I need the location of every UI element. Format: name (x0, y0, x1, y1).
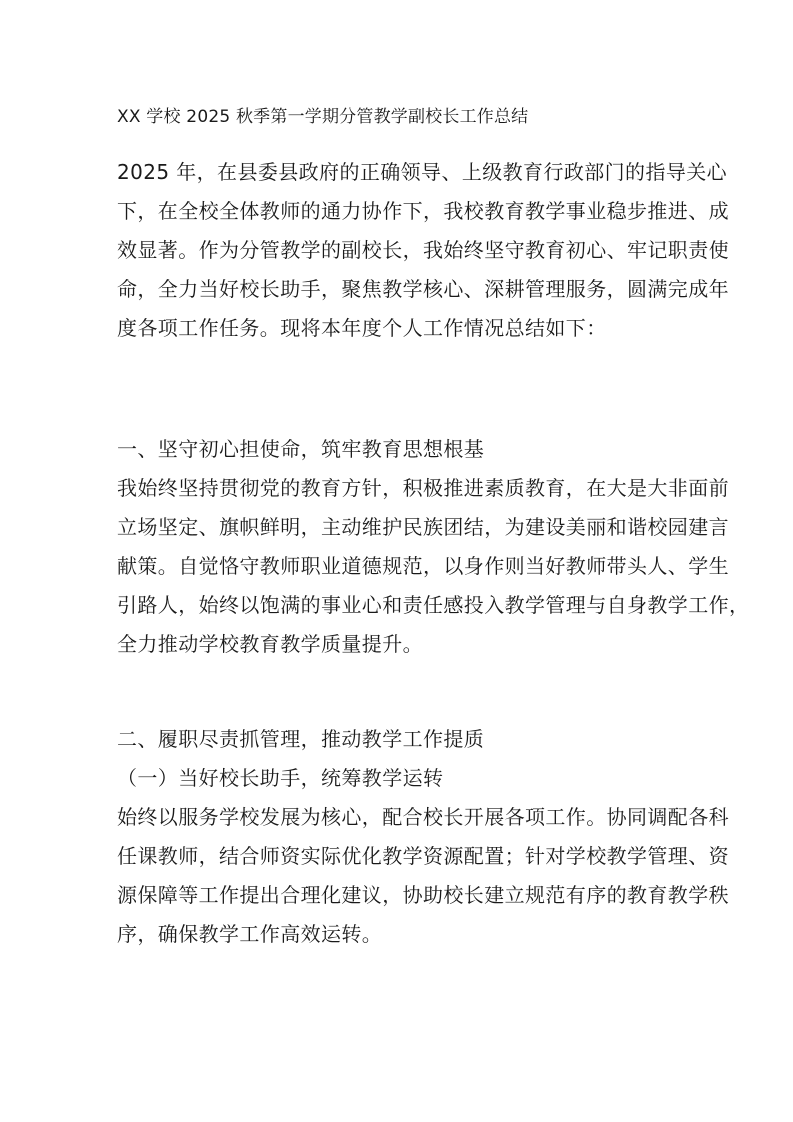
paragraph-line: 下，在全校全体教师的通力协作下，我校教育教学事业稳步推进、成 (117, 199, 729, 223)
section-1-heading: 一、坚守初心担使命，筑牢教育思想根基 (117, 437, 484, 461)
document-page: XX 学校 2025 秋季第一学期分管教学副校长工作总结 2025 年，在县委县… (0, 0, 793, 1122)
paragraph-line: 我始终坚持贯彻党的教育方针，积极推进素质教育，在大是大非面前 (117, 476, 729, 500)
section-2-heading: 二、履职尽责抓管理，推动教学工作提质 (117, 727, 484, 751)
paragraph-line: 立场坚定、旗帜鲜明，主动维护民族团结，为建设美丽和谐校园建言 (117, 515, 729, 539)
paragraph-line: 度各项工作任务。现将本年度个人工作情况总结如下： (117, 316, 607, 340)
document-title: XX 学校 2025 秋季第一学期分管教学副校长工作总结 (117, 105, 528, 129)
paragraph-line: 命，全力当好校长助手，聚焦教学核心、深耕管理服务，圆满完成年 (117, 277, 729, 301)
paragraph-line: 始终以服务学校发展为核心，配合校长开展各项工作。协同调配各科 (117, 805, 729, 829)
paragraph-line: 引路人，始终以饱满的事业心和责任感投入教学管理与自身教学工作， (117, 593, 749, 617)
paragraph-line: 献策。自觉恪守教师职业道德规范，以身作则当好教师带头人、学生 (117, 554, 729, 578)
paragraph-line: 任课教师，结合师资实际优化教学资源配置；针对学校教学管理、资 (117, 844, 729, 868)
paragraph-line: 2025 年，在县委县政府的正确领导、上级教育行政部门的指导关心 (117, 160, 727, 184)
paragraph-line: 全力推动学校教育教学质量提升。 (117, 632, 423, 656)
subsection-1-heading: （一）当好校长助手，统筹教学运转 (117, 766, 443, 790)
paragraph-line: 效显著。作为分管教学的副校长，我始终坚守教育初心、牢记职责使 (117, 238, 729, 262)
paragraph-line: 序，确保教学工作高效运转。 (117, 922, 382, 946)
paragraph-line: 源保障等工作提出合理化建议，协助校长建立规范有序的教育教学秩 (117, 883, 729, 907)
